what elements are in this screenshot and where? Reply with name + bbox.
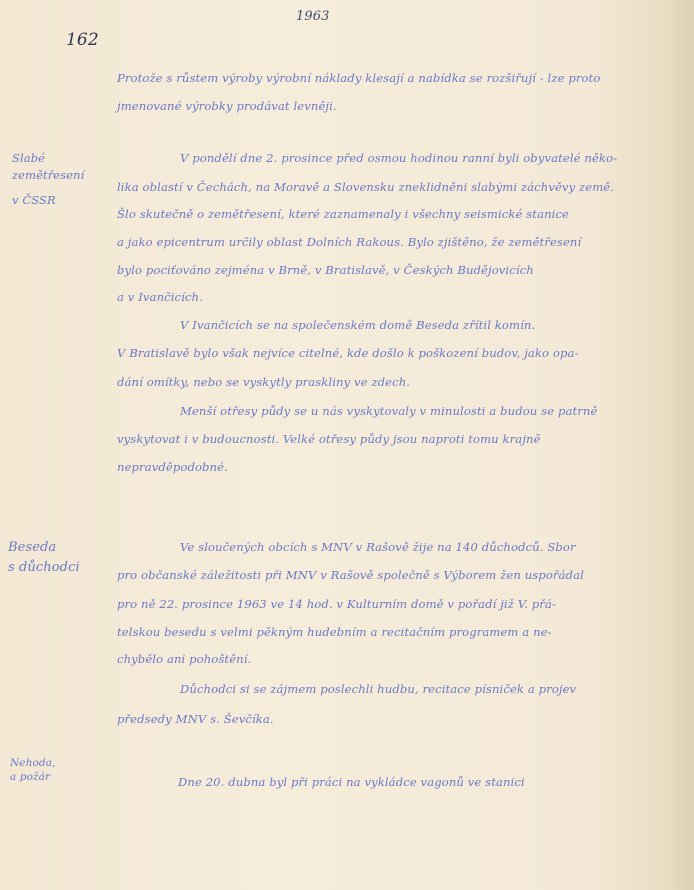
text-line: Šlo skutečně o zemětřesení, které zaznam… [117,207,569,221]
text-line: předsedy MNV s. Ševčíka. [117,712,274,726]
margin-note-line: Slabé zemětřesení [12,150,112,184]
text-line: V Ivančicích se na společenském domě Bes… [180,318,535,332]
margin-note-earthquake: Slabé zemětřesení v ČSSR [12,150,112,209]
text-line: telskou besedu s velmi pěkným hudebním a… [117,625,552,639]
text-line: Ve sloučených obcích s MNV v Rašově žije… [180,540,576,554]
margin-note-seniors: Beseda s důchodci [8,538,108,578]
text-line: chybělo ani pohoštění. [117,652,251,666]
text-line: V Bratislavě bylo však nejvíce citelné, … [117,346,579,360]
text-line: Důchodci si se zájmem poslechli hudbu, r… [180,682,576,696]
text-line: vyskytovat i v budoucnosti. Velké otřesy… [117,432,541,446]
page-number: 162 [66,30,99,50]
margin-note-line: s důchodci [8,558,108,578]
margin-note-line: Nehoda, [10,756,110,770]
margin-note-accident: Nehoda, a požár [10,756,110,784]
text-line: Dne 20. dubna byl při práci na vykládce … [178,775,525,789]
margin-note-line: Beseda [8,538,108,558]
text-line: nepravděpodobné. [117,460,228,474]
text-line: V pondělí dne 2. prosince před osmou hod… [180,151,617,165]
text-line: Protože s růstem výroby výrobní náklady … [117,71,600,85]
text-line: pro občanské záležitosti při MNV v Rašov… [117,568,584,582]
margin-note-line: a požár [10,770,110,784]
text-line: jmenované výrobky prodávat levněji. [117,99,337,113]
chronicle-page: 1963 162 Protože s růstem výroby výrobní… [0,0,694,890]
text-line: dání omítky, nebo se vyskytly praskliny … [117,375,410,389]
year-header: 1963 [296,9,329,24]
text-line: a jako epicentrum určily oblast Dolních … [117,235,581,249]
text-line: a v Ivančicích. [117,290,203,304]
text-line: Menší otřesy půdy se u nás vyskytovaly v… [180,404,597,418]
text-line: pro ně 22. prosince 1963 ve 14 hod. v Ku… [117,597,556,611]
text-line: lika oblastí v Čechách, na Moravě a Slov… [117,180,614,194]
margin-note-line: v ČSSR [12,192,112,209]
text-line: bylo pociťováno zejména v Brně, v Bratis… [117,263,534,277]
